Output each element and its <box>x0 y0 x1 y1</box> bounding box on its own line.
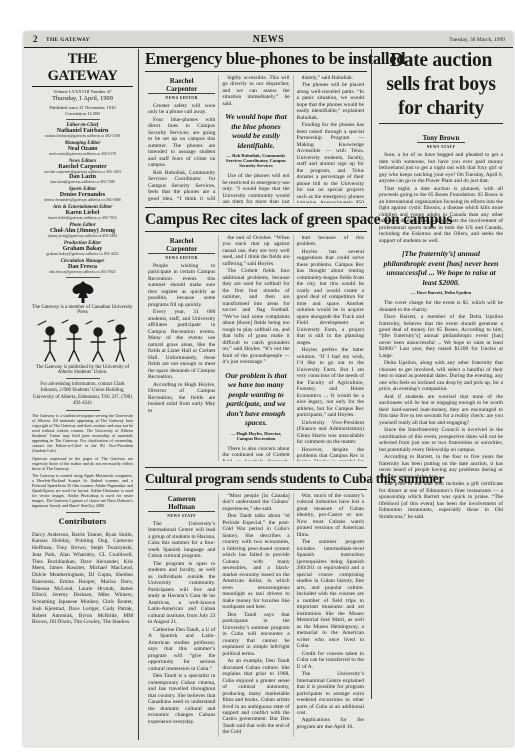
staff-entry: Editor-in-Chief Nathaniel Fairbairn nath… <box>32 123 133 138</box>
pull-quote-attribution: — Rob Rubuliak, Community Services Coord… <box>224 153 287 168</box>
article-paragraph: Delta Upsilon, along with any other frat… <box>379 360 503 392</box>
byline: Raechel Carpenter News Editor <box>148 77 215 100</box>
article-paragraph: Rob Rubuliak, Community Services Coordin… <box>148 170 215 203</box>
article-paragraph: The price of the date also includes a gi… <box>379 481 503 520</box>
article-column: the end of October. “When you stack that… <box>218 235 292 461</box>
article-paragraph: The University’s International Centre wi… <box>148 521 215 560</box>
article-paragraph: Funding for the phones has been raised t… <box>297 122 364 203</box>
newspaper-page-scan: 2 THE GATEWAY NEWS Tuesday, 30 March, 19… <box>0 0 515 752</box>
article-column: Cameron Hoffman News Staff The Universit… <box>145 493 218 737</box>
contributors-list: Darcy Anderson, Barrie Tanner, Ryan Smit… <box>32 532 133 627</box>
article-paragraph: Hoyles prefers the latter solution. “If … <box>297 347 364 418</box>
byline-name: Tony Brown <box>417 134 466 143</box>
article-paragraph: highly accessible. This will go directly… <box>222 75 289 107</box>
article-column: highly accessible. This will go directly… <box>218 75 292 203</box>
article-paragraph: According to Barrett, in the four to fiv… <box>379 454 503 480</box>
article-headline: Emergency blue-phones to be installed <box>145 49 367 72</box>
article-paragraph: the end of October. “When you stack that… <box>222 235 289 267</box>
legal-paragraph: Opinions expressed in the pages of The G… <box>32 457 133 472</box>
masthead-sidebar: THE GATEWAY Volume LXXXVIII Number 47 Th… <box>28 49 139 740</box>
byline-title: News Editor <box>148 96 215 100</box>
article-paragraph: Hoyles has several suggestions that coul… <box>297 249 364 346</box>
volume-line: Volume LXXXVIII Number 47 <box>32 89 133 94</box>
article-paragraph: According to Hugh Hoyles, Director of Ca… <box>148 382 215 414</box>
article-paragraph: The summer program includes intermediate… <box>297 539 364 649</box>
byline-title: News Staff <box>148 514 215 518</box>
staff-entry: Production Editor Graham Bakay graham.ba… <box>32 241 133 256</box>
article-column: Raechel Carpenter News Editor Greater sa… <box>145 75 218 203</box>
article-paragraph: Use of the phones will not be restricted… <box>222 173 289 203</box>
publisher-note: The Gateway is published by the Universi… <box>32 365 133 375</box>
article-column: hurt because of this problem. Hoyles has… <box>293 235 367 461</box>
article-paragraph: Applications for the program are due Apr… <box>297 717 364 730</box>
article-date-auction: Date auction sells frat boys for charity… <box>371 49 507 699</box>
article-headline: Campus Rec cites lack of green space on … <box>145 211 367 232</box>
byline-title: News Staff <box>379 145 503 149</box>
article-paragraph: Dave Barrett, a member of the Delta Upsi… <box>379 314 503 359</box>
article-paragraph: However, despite the problems that Campu… <box>297 447 364 462</box>
article-paragraph: Den Tandt talks about “el Período Especi… <box>222 513 289 610</box>
article-paragraph: Den Tandt is a specialist in contemporar… <box>148 673 215 725</box>
masthead-title: THE GATEWAY <box>32 51 133 87</box>
byline-name: Raechel Carpenter <box>148 237 215 254</box>
cup-membership-note: The Gateway is a member of Canadian Univ… <box>32 305 133 315</box>
article-column: diately,” said Rubuliak. The phones will… <box>293 75 367 203</box>
staff-contact: dan.lazin@gateway.ualberta.ca 492-7308 <box>32 180 133 184</box>
article-paragraph: “Most people [in Canada] don’t understan… <box>222 493 289 512</box>
staff-contact: karen.liebel@gateway.ualberta.ca 492-705… <box>32 216 133 220</box>
published-line: Published since 21 November, 1910 <box>32 105 133 110</box>
article-paragraph: University Vice-President (Finance and A… <box>297 420 364 446</box>
staff-contact: dan.fresca@gateway.ualberta.ca 492-5925 <box>32 270 133 274</box>
staff-entry: Circulation Manager Dan Fresca dan.fresc… <box>32 259 133 274</box>
staff-contact: graham.bakay@gateway.ualberta.ca 492-342… <box>32 252 133 256</box>
article-paragraph: That night, a date auction is planned, w… <box>379 186 503 244</box>
pull-quote-attribution: — Hugh Hoyles, Director, Campus Recreati… <box>224 431 287 441</box>
divider <box>66 378 100 379</box>
article-paragraph: Catherine Den Tandt, a U of A Spanish an… <box>148 627 215 672</box>
article-paragraph: There is also concern about the continue… <box>222 446 289 461</box>
section-rule <box>145 207 367 208</box>
pull-quote: We would hope that the blue phones would… <box>224 112 287 150</box>
article-paragraph: The cover charge for the event is $5, wh… <box>379 300 503 313</box>
article-paragraph: People wishing to participate in certain… <box>148 263 215 308</box>
article-paragraph: War, much of the country’s cultural indu… <box>297 493 364 538</box>
divider <box>66 119 100 120</box>
section-title: NEWS <box>24 34 513 45</box>
staff-entry: Managing Editor Neal Ozano neal.ozano@ga… <box>32 141 133 156</box>
article-paragraph: Credit for courses taken in Cuba can be … <box>297 651 364 670</box>
byline: Cameron Hoffman News Staff <box>148 495 215 518</box>
divider <box>66 512 100 513</box>
article-paragraph: And if students are worried that none of… <box>379 394 503 426</box>
article-headline: Date auction sells frat boys for charity <box>379 49 503 124</box>
article-blue-phones: Emergency blue-phones to be installed Ra… <box>145 49 367 205</box>
contributors-heading: Contributors <box>32 516 133 526</box>
article-paragraph: Since the Interfraternity Council is inv… <box>379 427 503 453</box>
article-column: Raechel Carpenter News Editor People wis… <box>145 235 218 461</box>
running-head: 2 THE GATEWAY NEWS Tuesday, 30 March, 19… <box>24 32 513 48</box>
section-rule <box>145 467 367 468</box>
article-column: “Most people [in Canada] don’t understan… <box>218 493 292 737</box>
byline-title: News Editor <box>148 256 215 260</box>
byline-name: Cameron Hoffman <box>148 495 215 512</box>
staff-entry: Sports Editor Denise Fernandes denise.fe… <box>32 187 133 202</box>
staff-contact: nathan.fairbairn@gateway.ualberta.ca 492… <box>32 134 133 138</box>
pull-quote-attribution: — Dave Barrett, Delta Upsilon <box>381 290 501 295</box>
staff-entry: Arts & Entertainment Editor Karen Liebel… <box>32 205 133 220</box>
pull-quote: Our problem is that we have too many peo… <box>224 371 287 428</box>
staff-contact: neal.ozano@gateway.ualberta.ca 492-5178 <box>32 152 133 156</box>
article-paragraph: The Corbett fields face additional probl… <box>222 268 289 365</box>
circulation-line: Circulation 12,500 <box>32 111 133 116</box>
article-cuba-program: Cultural program sends students to Cuba … <box>145 471 367 739</box>
article-paragraph: hurt because of this problem. <box>297 235 364 248</box>
article-paragraph: Sure, a lot of us have begged and pleade… <box>379 152 503 184</box>
article-paragraph: diately,” said Rubuliak. <box>297 75 364 81</box>
article-headline: Cultural program sends students to Cuba … <box>145 471 367 490</box>
article-paragraph: The University’s International Centre ex… <box>297 671 364 716</box>
byline: Raechel Carpenter News Editor <box>148 237 215 260</box>
article-campus-rec: Campus Rec cites lack of green space on … <box>145 211 367 465</box>
article-paragraph: As an example, Den Tandt discussed Cuban… <box>222 658 289 736</box>
canadian-university-press-logo-icon <box>70 281 96 303</box>
article-paragraph: The phones will be placed along well-tra… <box>297 82 364 121</box>
staff-contact: jimmy.jeong@gateway.ualberta.ca 492-2482 <box>32 234 133 238</box>
editorial-cartoon-illustration <box>36 317 130 363</box>
divider <box>66 277 100 278</box>
byline: Tony Brown News Staff <box>379 127 503 149</box>
article-column: War, much of the country’s cultural indu… <box>293 493 367 737</box>
pull-quote: [The fraternity’s] annual philanthropic … <box>381 249 501 287</box>
article-paragraph: Greater safety will soon only be a phone… <box>148 103 215 116</box>
staff-entry: Photo Editor Chul-Ahn (Jimmy) Jeong jimm… <box>32 223 133 238</box>
masthead-date: Thursday, 1 April, 1999 <box>32 95 133 102</box>
article-paragraph: Den Tandt says that participants in the … <box>222 612 289 657</box>
legal-paragraph: The Gateway is created using Apple Macin… <box>32 474 133 509</box>
byline-name: Raechel Carpenter <box>148 77 215 94</box>
article-paragraph: Every year, 31 000 students, staff, and … <box>148 309 215 380</box>
staff-entry: News Editors Raechel Carpenter raechel.c… <box>32 159 133 184</box>
divider <box>66 410 100 411</box>
article-paragraph: Four blue-phones with direct lines to Ca… <box>148 117 215 169</box>
newsprint-page: 2 THE GATEWAY NEWS Tuesday, 30 March, 19… <box>24 32 513 746</box>
advertising-info: For advertising information, contact Cla… <box>32 382 133 407</box>
issue-date: Tuesday, 30 March, 1999 <box>449 37 505 43</box>
staff-contact: denise.fernandes@gateway.ualberta.ca 492… <box>32 198 133 202</box>
legal-paragraph: The Gateway is a student newspaper servi… <box>32 414 133 454</box>
article-paragraph: The program is open to students and facu… <box>148 561 215 626</box>
